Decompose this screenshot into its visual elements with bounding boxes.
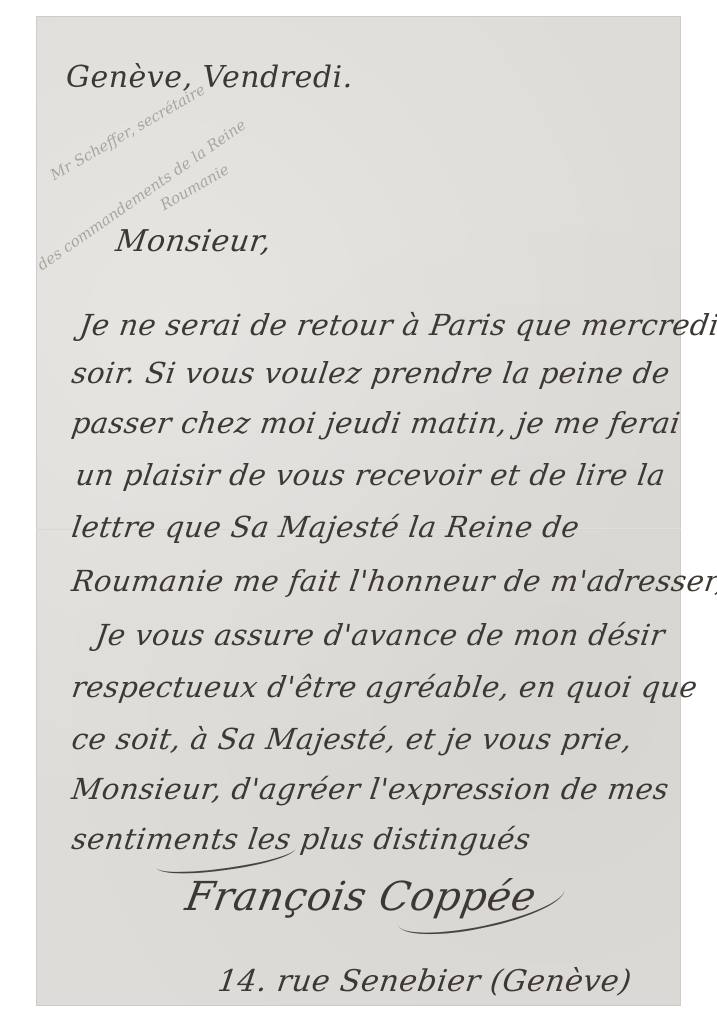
- salutation: Monsieur,: [114, 224, 274, 259]
- body-line-1: Je ne serai de retour à Paris que mercre…: [78, 308, 717, 342]
- body-line-5: lettre que Sa Majesté la Reine de: [70, 510, 582, 544]
- body-line-8: respectueux d'être agréable, en quoi que: [70, 670, 700, 704]
- body-line-2: soir. Si vous voulez prendre la peine de: [70, 356, 673, 390]
- body-line-7: Je vous assure d'avance de mon désir: [94, 618, 668, 652]
- body-line-6: Roumanie me fait l'honneur de m'adresser…: [70, 564, 717, 598]
- body-line-10: Monsieur, d'agréer l'expression de mes: [70, 772, 672, 806]
- body-line-9: ce soit, à Sa Majesté, et je vous prie,: [70, 722, 635, 756]
- body-line-4: un plaisir de vous recevoir et de lire l…: [74, 458, 668, 492]
- body-line-11: sentiments les plus distingués: [70, 822, 533, 856]
- place-date: Genève, Vendredi.: [66, 60, 353, 95]
- body-line-3: passer chez moi jeudi matin, je me ferai: [70, 406, 683, 440]
- letter-page: Genève, Vendredi. Mr Scheffer, secrétair…: [36, 16, 681, 1006]
- address: 14. rue Senebier (Genève): [216, 964, 634, 999]
